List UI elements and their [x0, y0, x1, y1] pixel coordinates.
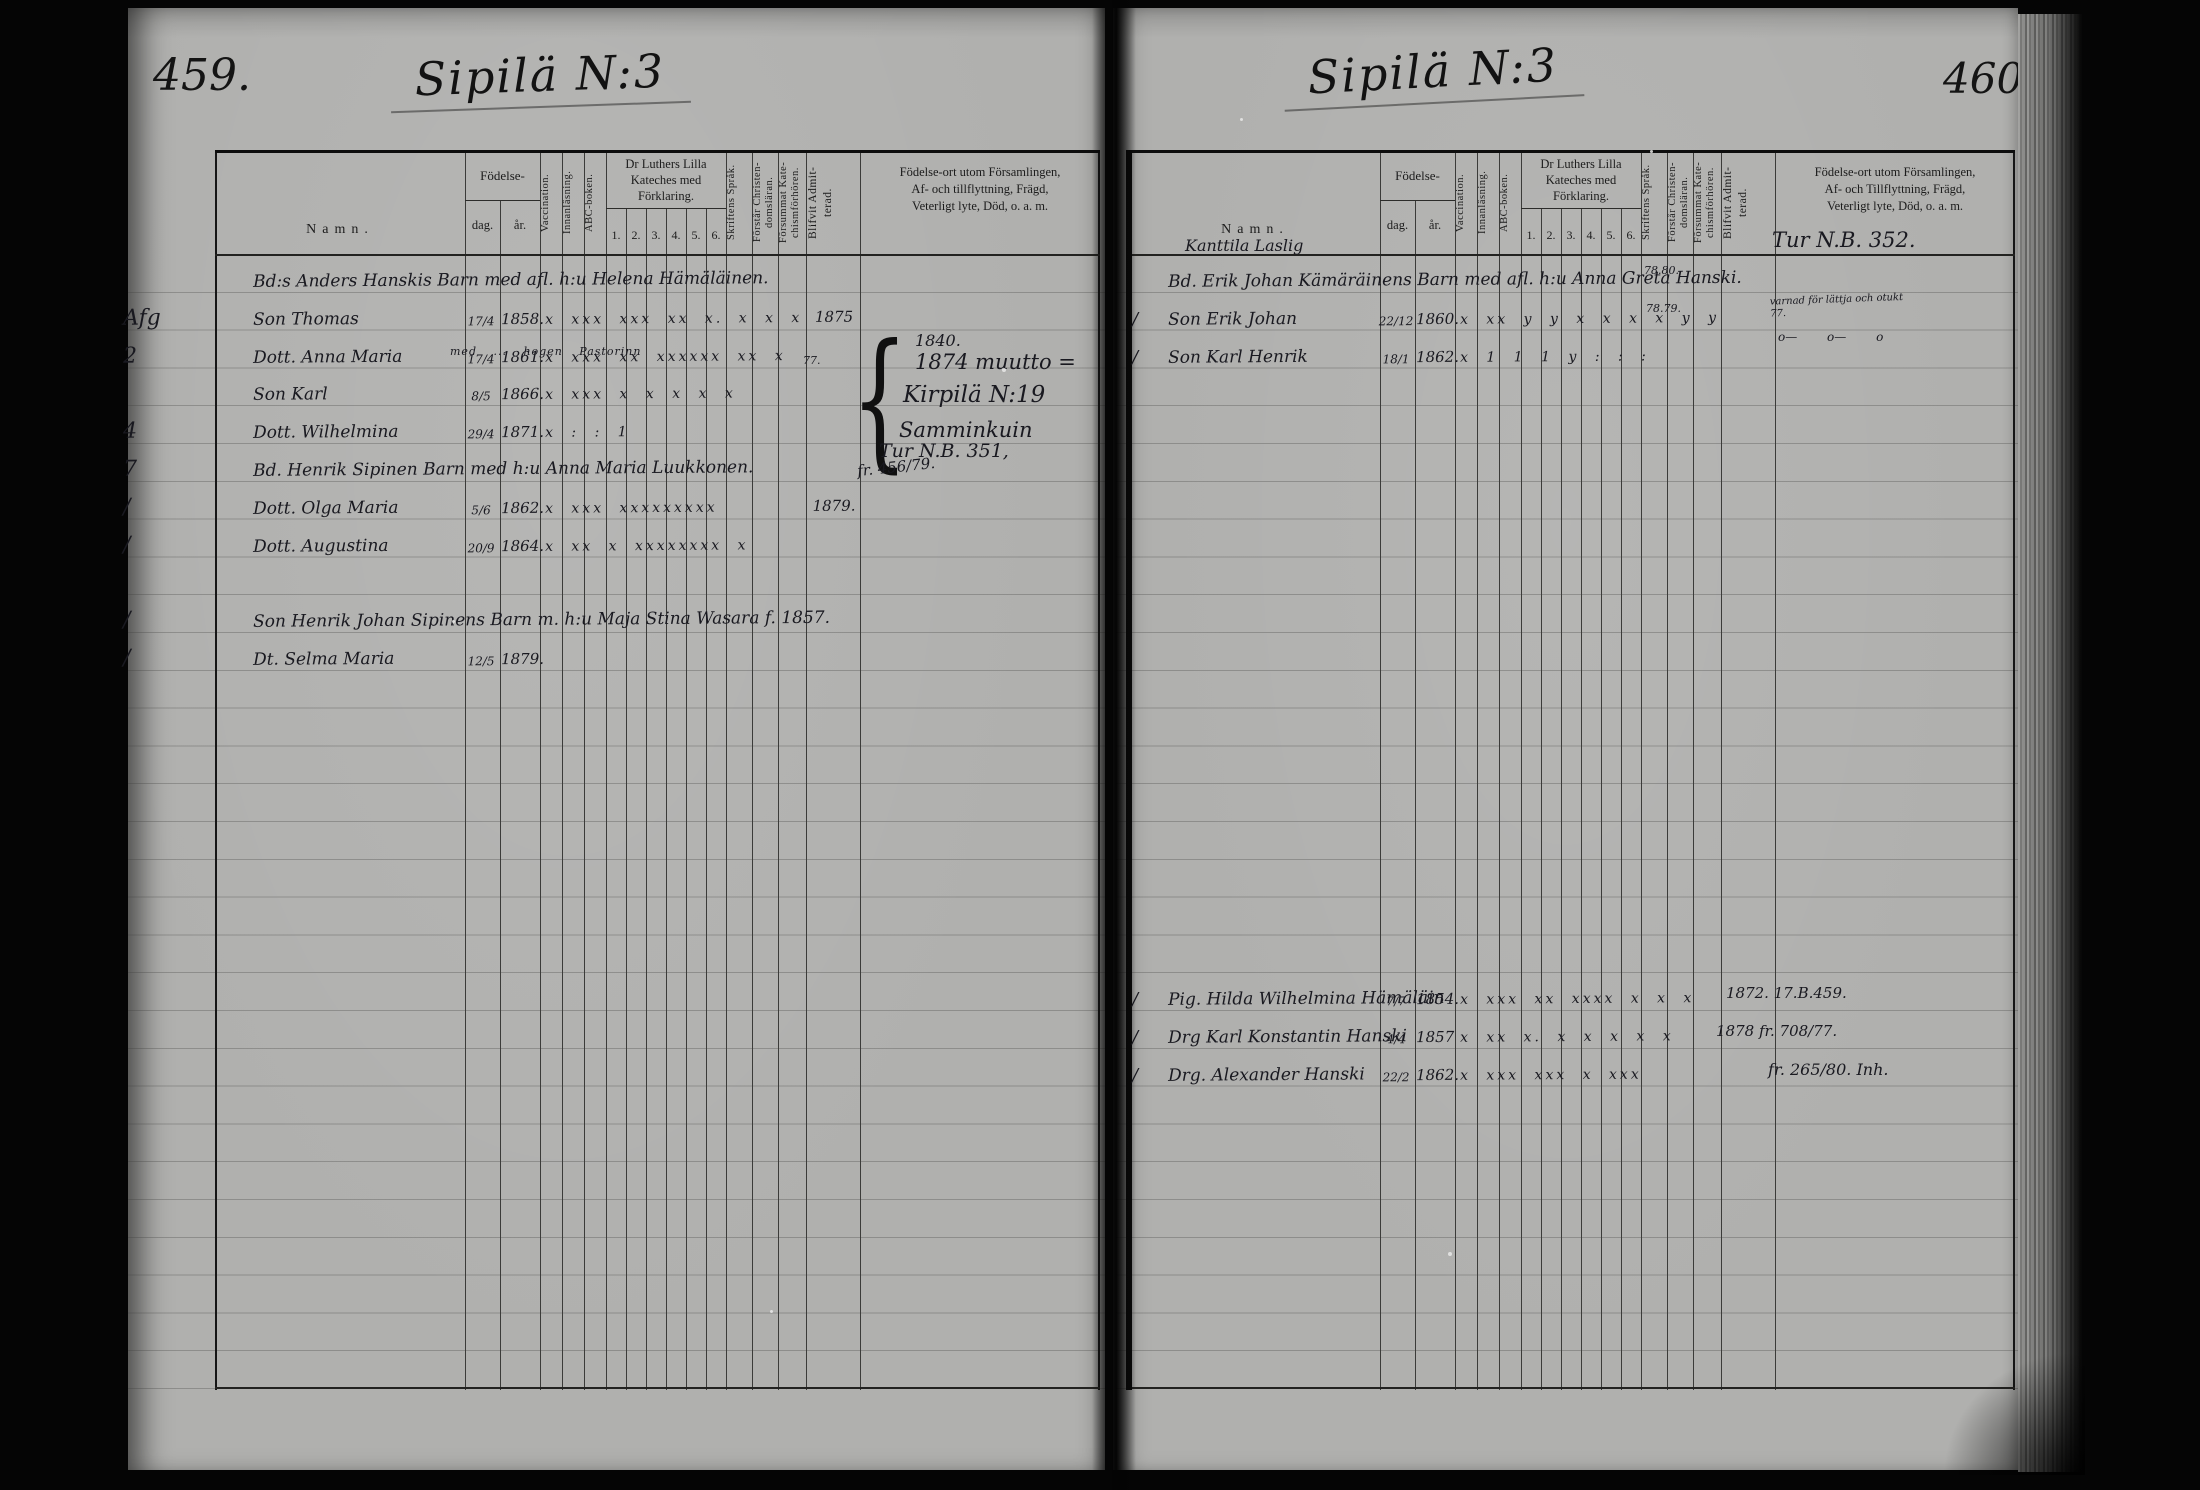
margin-note: ∕ — [123, 494, 207, 520]
register-row: ∕ Drg Karl Konstantin Hanski 4/4 1857 x … — [1130, 1008, 2015, 1052]
entry-name: Dott. Olga Maria — [253, 498, 399, 519]
entry-birth-day: 4/4 — [1376, 1032, 1416, 1046]
bottom-note: fr. 265/80. Inh. — [1768, 1060, 1888, 1079]
col-header-kateches: Dr Luthers Lilla Kateches med Förklaring… — [1521, 156, 1641, 204]
col-header-vaccination: Vaccination. — [1455, 150, 1477, 255]
register-row: Afg Son Thomas 17/4 1858. x xxx xxx xx x… — [215, 290, 1100, 334]
register-table-left: Namn. Födelse- dag. år. Vaccination. Inn… — [215, 150, 1100, 1390]
col-header-skriftens: Skriftens Språk. — [726, 150, 752, 255]
entry-birth-day: 12/5 — [461, 654, 501, 668]
col-header-fodelseort: Födelse-ort utom Församlingen, Af- och T… — [1775, 164, 2015, 215]
margin-note: ∕ — [123, 607, 207, 633]
entry-marks: x xx x xxxxxxxx x — [545, 537, 749, 554]
entry-name: Son Erik Johan — [1168, 309, 1297, 330]
dust-speck — [1448, 1252, 1452, 1256]
col-header-innanlasning: Innanläsning. — [562, 150, 584, 255]
col-header-fodelseort: Födelse-ort utom Församlingen, Af- och t… — [860, 164, 1100, 215]
mark-77: 77. — [803, 354, 821, 367]
entry-birth-day: 7/7 — [1376, 994, 1416, 1008]
bottom-note: 1872. 17.B.459. — [1726, 984, 1847, 1002]
entry-birth-year: 1879. — [501, 650, 553, 668]
side-note: Kirpilä N:19 — [903, 382, 1045, 408]
col-header-abc-boken: ABC-boken. — [1499, 150, 1521, 255]
side-note: 1840. — [915, 331, 961, 350]
col-header-forsummat: Försummat Kate- chismförhören. — [778, 150, 806, 255]
entry-marks: x xxx xxxxxxxxx — [545, 500, 718, 517]
col-header-ar: år. — [1415, 218, 1455, 233]
col-header-vaccination: Vaccination. — [540, 150, 562, 255]
margin-note: ∕ — [123, 645, 207, 671]
corner-shadow — [1925, 1335, 2085, 1475]
margin-note: Afg — [123, 305, 207, 331]
entry-marks: x : : 1 — [545, 424, 630, 441]
entry-birth-day: 8/5 — [461, 389, 501, 403]
margin-note: ∕ — [1132, 309, 1166, 330]
col-header-kateches-6: 6. — [706, 228, 726, 243]
entry-birth-day: 22/12 — [1376, 314, 1416, 328]
margin-note: ∕ — [123, 532, 207, 558]
col-header-fodelse: Födelse- — [1380, 168, 1455, 184]
col-header-forstar: Förstår Christen- domsläran. — [752, 150, 778, 255]
margin-note: 2 — [123, 343, 207, 369]
entry-birth-day: 29/4 — [461, 427, 501, 441]
page-number-left: 459. — [153, 50, 251, 101]
book-gutter-shadow — [1092, 0, 1136, 1490]
note-78-80: 78.80. — [1644, 264, 1679, 277]
entry-marks: x xxx xxx x xxx — [1460, 1067, 1642, 1084]
col-header-blifvit: Blifvit Admit- terad. — [806, 150, 860, 255]
entry-admitted: 1879. — [809, 497, 859, 515]
entry-birth-day: 5/6 — [461, 503, 501, 517]
dust-speck — [1240, 118, 1243, 121]
page-right: 460 Sipilä N:3 Namn. Födelse- dag. år. V… — [1113, 8, 2018, 1470]
col-header-ar: år. — [500, 218, 540, 233]
col-header-kateches-1: 1. — [606, 228, 626, 243]
margin-note: 4 — [123, 418, 207, 444]
margin-note: ∕ — [1132, 1065, 1166, 1086]
col-header-kateches-4: 4. — [1581, 228, 1601, 243]
page-title-left: Sipilä N:3 — [389, 43, 691, 113]
note-78-79: 78.79. — [1646, 302, 1681, 315]
col-header-innanlasning: Innanläsning. — [1477, 150, 1499, 255]
dust-speck — [1650, 150, 1653, 153]
page-edge-stack — [2018, 14, 2088, 1472]
col-header-kateches-2: 2. — [1541, 228, 1561, 243]
dust-speck — [770, 1310, 773, 1313]
page-number-right: 460 — [1943, 54, 2023, 103]
col-header-blifvit: Blifvit Admit- terad. — [1721, 150, 1775, 255]
col-header-dag: dag. — [465, 218, 500, 233]
page-left: 459. Sipilä N:3 Namn. Födelse- dag. år. … — [128, 8, 1105, 1470]
entry-name: Bd:s Anders Hanskis Barn med afl. h:u He… — [253, 268, 769, 292]
entry-name: Son Henrik Johan Sipinens Barn m. h:u Ma… — [253, 608, 830, 632]
entry-marks: x xxx xxx xx x. x x x — [545, 310, 802, 328]
entry-name: Dt. Selma Maria — [253, 649, 394, 670]
register-row: ∕ Dt. Selma Maria 12/5 1879. — [215, 630, 1100, 674]
margin-note: ∕ — [1132, 989, 1166, 1010]
col-header-namn: Namn. — [215, 222, 465, 238]
entry-name: Drg Karl Konstantin Hanski — [1168, 1026, 1407, 1048]
ditto-marks: o— o— o — [1778, 330, 1883, 344]
entry-name: Son Karl — [253, 384, 328, 405]
col-header-kateches-5: 5. — [686, 228, 706, 243]
side-note: Samminkuin — [899, 418, 1032, 442]
entry-birth-day: 18/1 — [1376, 352, 1416, 366]
register-row: Bd. Erik Johan Kämäräinens Barn med afl.… — [1130, 252, 2015, 296]
col-header-kateches-3: 3. — [646, 228, 666, 243]
register-table-right: Namn. Födelse- dag. år. Vaccination. Inn… — [1130, 150, 2015, 1390]
col-header-abc-boken: ABC-boken. — [584, 150, 606, 255]
entry-birth-day: 22/2 — [1376, 1070, 1416, 1084]
entry-marks: x xxx xx xxxx x x x — [1460, 990, 1694, 1008]
col-header-dag: dag. — [1380, 218, 1415, 233]
register-row: ∕ Pig. Hilda Wilhelmina Hämäläin 7/7 185… — [1130, 970, 2015, 1014]
col-header-fodelse: Födelse- — [465, 168, 540, 184]
col-header-kateches-6: 6. — [1621, 228, 1641, 243]
col-header-kateches-3: 3. — [1561, 228, 1581, 243]
register-row: ∕ Dott. Olga Maria 5/6 1862. x xxx xxxxx… — [215, 479, 1100, 523]
register-row: ∕ Son Henrik Johan Sipinens Barn m. h:u … — [215, 592, 1100, 636]
entry-name: Dott. Augustina — [253, 536, 389, 557]
dust-speck — [1002, 368, 1006, 372]
col-header-forstar: Förstår Christen- domsläran. — [1667, 150, 1693, 255]
entry-name: Son Thomas — [253, 309, 359, 330]
entry-name: Drg. Alexander Hanski — [1168, 1064, 1365, 1085]
interline-note: med ... hogen Pastorinn — [450, 345, 641, 358]
entry-name: Dott. Anna Maria — [253, 347, 402, 368]
margin-note: 7 — [123, 456, 207, 482]
col-header-kateches: Dr Luthers Lilla Kateches med Förklaring… — [606, 156, 726, 204]
col-header-kateches-4: 4. — [666, 228, 686, 243]
namn-header-note: Kanttila Laslig — [1185, 236, 1303, 255]
entry-marks: x 1 1 1 y : : : — [1460, 348, 1649, 365]
dust-speck — [452, 620, 455, 623]
register-row: Bd:s Anders Hanskis Barn med afl. h:u He… — [215, 252, 1100, 296]
col-header-kateches-1: 1. — [1521, 228, 1541, 243]
entry-marks: x xxx x x x x x — [545, 385, 736, 402]
entry-birth-day: 17/4 — [461, 314, 501, 328]
page-title-right: Sipilä N:3 — [1282, 36, 1585, 112]
entry-name: Son Karl Henrik — [1168, 347, 1308, 368]
col-header-kateches-5: 5. — [1601, 228, 1621, 243]
entry-name: Bd. Henrik Sipinen Barn med h:u Anna Mar… — [253, 457, 754, 480]
entry-birth-day: 20/9 — [461, 541, 501, 555]
bottom-note: 1878 fr. 708/77. — [1716, 1022, 1837, 1040]
entry-name: Dott. Wilhelmina — [253, 422, 399, 443]
top-note: Tur N.B. 352. — [1772, 228, 1916, 252]
col-header-forsummat: Försummat Kate- chismförhören. — [1693, 150, 1721, 255]
margin-note: ∕ — [1132, 1027, 1166, 1048]
entry-marks: x xx x. x x x x x — [1460, 1028, 1674, 1045]
col-header-skriftens: Skriftens Språk. — [1641, 150, 1667, 255]
margin-note: ∕ — [1132, 347, 1166, 368]
side-note: 1874 muutto = — [915, 350, 1076, 374]
register-row: ∕ Dott. Augustina 20/9 1864. x xx x xxxx… — [215, 517, 1100, 561]
col-header-kateches-2: 2. — [626, 228, 646, 243]
